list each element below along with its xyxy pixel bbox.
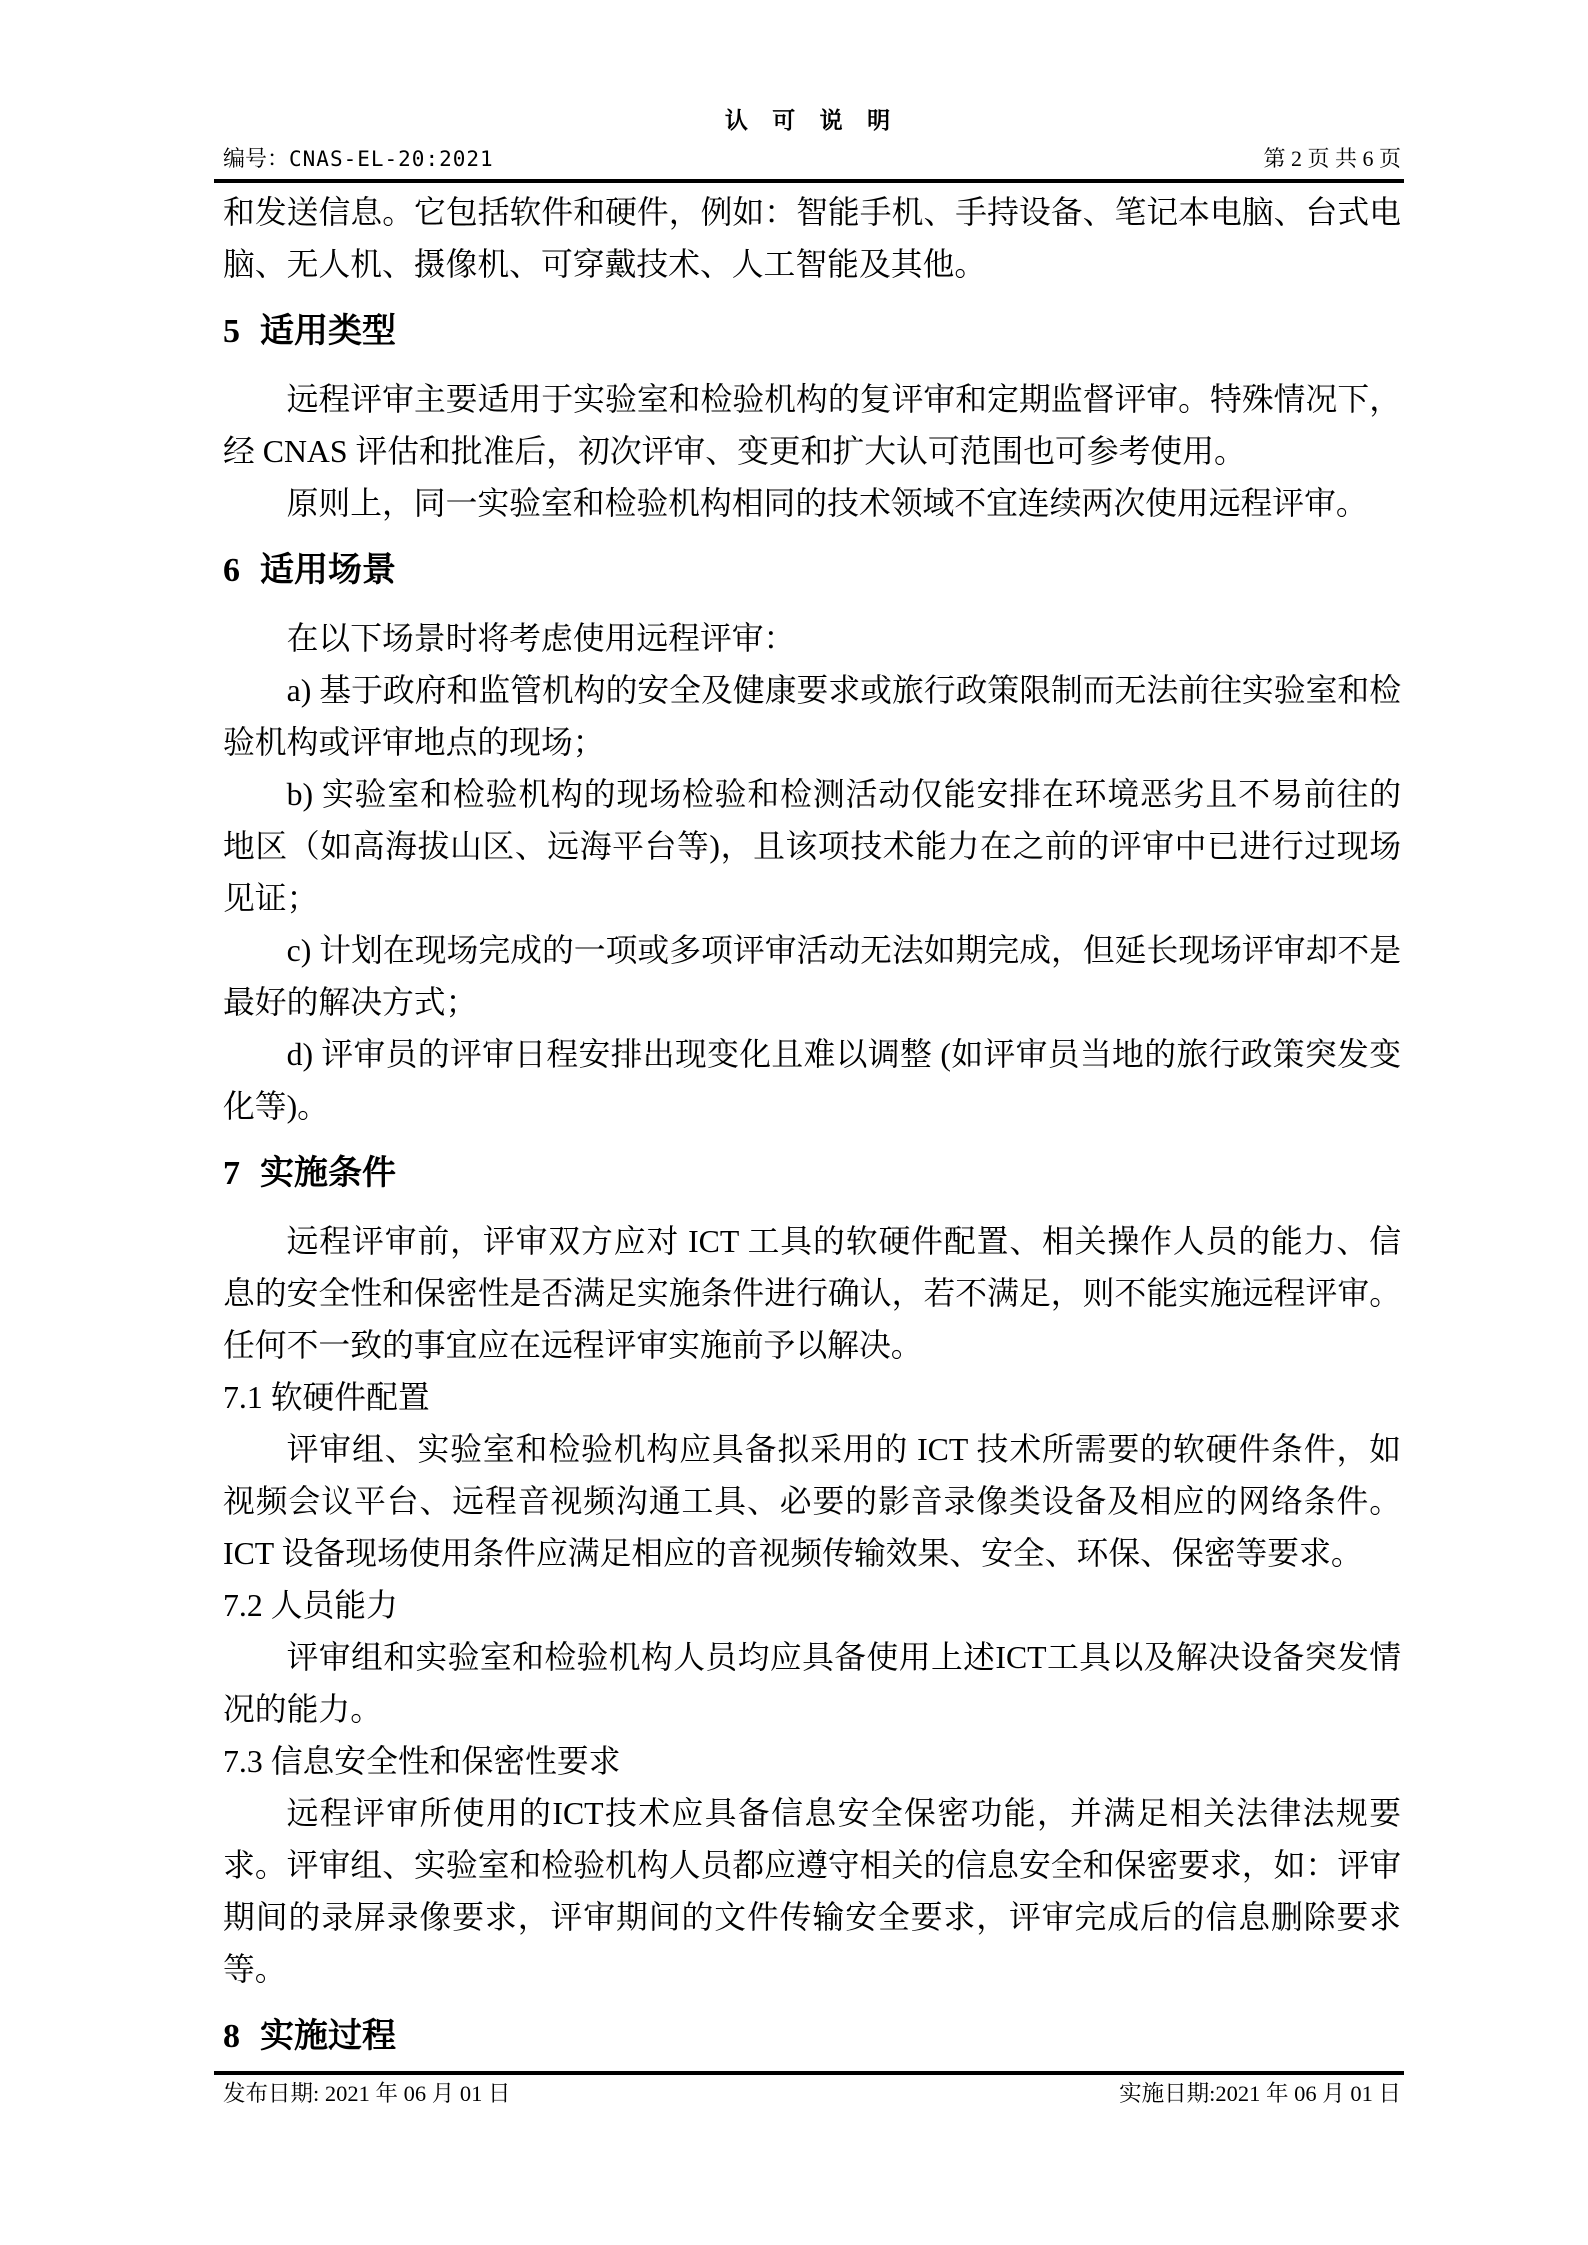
section-7-title: 实施条件 (260, 1154, 396, 1192)
issue-date: 发布日期: 2021 年 06 月 01 日 (223, 2080, 511, 2108)
document-page: 认 可 说 明 编号：CNAS-EL-20:2021 第 2 页 共 6 页 和… (0, 0, 1588, 2245)
section-5-title: 适用类型 (260, 312, 396, 350)
section-7-1-heading: 7.1 软硬件配置 (223, 1372, 1401, 1424)
section-5-number: 5 (223, 313, 240, 350)
section-6-title: 适用场景 (260, 551, 396, 589)
section-8-title: 实施过程 (260, 2017, 396, 2055)
list-item-a: a) 基于政府和监管机构的安全及健康要求或旅行政策限制而无法前往实验室和检验机构… (223, 665, 1401, 769)
document-content: 和发送信息。它包括软件和硬件，例如：智能手机、手持设备、笔记本电脑、台式电脑、无… (223, 187, 1401, 2079)
section-7-3-heading: 7.3 信息安全性和保密性要求 (223, 1736, 1401, 1788)
header-rule (214, 179, 1404, 183)
section-8-heading: 8实施过程 (223, 2002, 1401, 2071)
page-indicator: 第 2 页 共 6 页 (1263, 146, 1401, 172)
section-7-2-heading: 7.2 人员能力 (223, 1580, 1401, 1632)
section-5-paragraph-1: 远程评审主要适用于实验室和检验机构的复评审和定期监督评审。特殊情况下，经 CNA… (223, 374, 1401, 478)
header-meta-row: 编号：CNAS-EL-20:2021 第 2 页 共 6 页 (223, 146, 1401, 172)
section-8-number: 8 (223, 2018, 240, 2055)
document-title: 认 可 说 明 (223, 106, 1401, 134)
section-7-number: 7 (223, 1155, 240, 1192)
doc-number: 编号：CNAS-EL-20:2021 (223, 146, 494, 172)
implementation-date: 实施日期:2021 年 06 月 01 日 (1119, 2080, 1401, 2108)
section-7-2-paragraph: 评审组和实验室和检验机构人员均应具备使用上述ICT工具以及解决设备突发情况的能力… (223, 1632, 1401, 1736)
doc-number-value: CNAS-EL-20:2021 (289, 147, 494, 171)
section-7-1-paragraph: 评审组、实验室和检验机构应具备拟采用的 ICT 技术所需要的软硬件条件，如视频会… (223, 1424, 1401, 1580)
section-6-number: 6 (223, 552, 240, 589)
footer-rule (214, 2071, 1404, 2075)
section-7-intro: 远程评审前，评审双方应对 ICT 工具的软硬件配置、相关操作人员的能力、信息的安… (223, 1216, 1401, 1372)
list-item-b: b) 实验室和检验机构的现场检验和检测活动仅能安排在环境恶劣且不易前往的地区（如… (223, 769, 1401, 925)
section-5-heading: 5适用类型 (223, 297, 1401, 366)
section-6-heading: 6适用场景 (223, 536, 1401, 605)
doc-number-label: 编号： (223, 146, 289, 171)
list-item-d: d) 评审员的评审日程安排出现变化且难以调整 (如评审员当地的旅行政策突发变化等… (223, 1029, 1401, 1133)
section-5-paragraph-2: 原则上，同一实验室和检验机构相同的技术领域不宜连续两次使用远程评审。 (223, 478, 1401, 530)
section-7-heading: 7实施条件 (223, 1139, 1401, 1208)
footer-meta-row: 发布日期: 2021 年 06 月 01 日 实施日期:2021 年 06 月 … (223, 2080, 1401, 2108)
section-7-3-paragraph: 远程评审所使用的ICT技术应具备信息安全保密功能，并满足相关法律法规要求。评审组… (223, 1788, 1401, 1996)
continuation-paragraph: 和发送信息。它包括软件和硬件，例如：智能手机、手持设备、笔记本电脑、台式电脑、无… (223, 187, 1401, 291)
list-item-c: c) 计划在现场完成的一项或多项评审活动无法如期完成，但延长现场评审却不是最好的… (223, 925, 1401, 1029)
section-6-intro: 在以下场景时将考虑使用远程评审： (223, 613, 1401, 665)
